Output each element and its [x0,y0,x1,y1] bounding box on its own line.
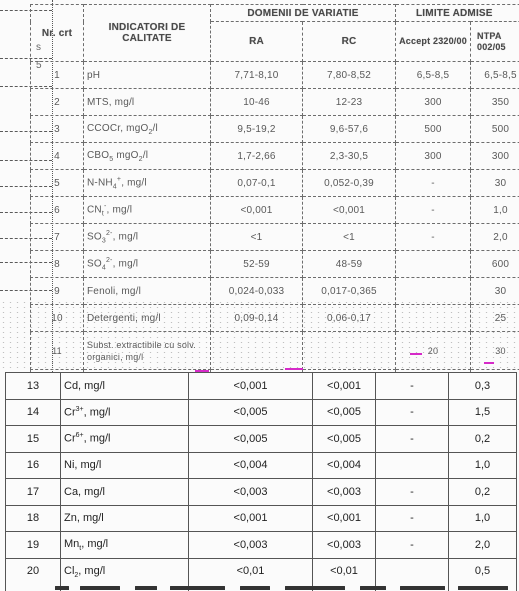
cell-ra: <0,001 [211,197,303,224]
cell-nr: 14 [6,399,61,426]
cell-accept: - [376,399,449,426]
table-row: 18Zn, mg/l<0,001<0,001-1,0 [6,505,517,532]
cell-indicator: Ni, mg/l [61,452,189,479]
cell-nr: 15 [6,426,61,453]
cell-accept [396,305,471,332]
cell-ntpa: 30 [471,332,519,370]
cell-indicator: N-NH4+, mg/l [84,170,211,197]
cell-rc: 48-59 [303,251,396,278]
cell-ntpa: 500 [471,116,519,143]
cell-nr: 11 [31,332,84,370]
cell-ntpa: 30 [471,170,519,197]
cell-nr: 13 [6,373,61,400]
table-row: 11Subst. extractibile cu solv. organici,… [31,332,519,370]
cell-ntpa: 2,0 [471,224,519,251]
cell-accept: 6,5-8,5 [396,62,471,89]
cell-indicator: Ca, mg/l [61,479,189,506]
cell-ra: <0,001 [189,373,313,400]
cell-accept: 500 [396,116,471,143]
header-domains: DOMENII DE VARIATIE [211,5,396,22]
table-row: 10Detergenti, mg/l0,09-0,140,06-0,1725 [31,305,519,332]
cell-accept: - [396,224,471,251]
cell-rc: 0,052-0,39 [303,170,396,197]
cell-ra: 0,024-0,033 [211,278,303,305]
header-rc: RC [303,22,396,62]
quality-indicators-table-upper: Nr. crt INDICATORI DE CALITATE DOMENII D… [30,4,519,372]
cell-indicator: Detergenti, mg/l [84,305,211,332]
cell-ra [211,332,303,370]
table-row: 14Cr3+, mg/l<0,005<0,005-1,5 [6,399,517,426]
cell-rc: <0,001 [313,373,376,400]
cell-ntpa: 25 [471,305,519,332]
scan-artifact [484,362,494,364]
cell-ra: <0,005 [189,426,313,453]
cell-ntpa: 1,0 [449,505,517,532]
cell-ntpa: 600 [471,251,519,278]
cell-ntpa: 350 [471,89,519,116]
cell-accept [396,251,471,278]
cut-off-text-line [0,586,519,591]
cell-indicator: Subst. extractibile cu solv. organici, m… [84,332,211,370]
cell-rc: <0,003 [313,479,376,506]
table-row: 13Cd, mg/l<0,001<0,001-0,3 [6,373,517,400]
table-row: 19Mnt, mg/l<0,003<0,003-2,0 [6,532,517,559]
cell-accept: - [376,426,449,453]
scan-artifact [410,353,422,355]
table-row: 5N-NH4+, mg/l0,07-0,10,052-0,39-30 [31,170,519,197]
cell-nr: 17 [6,479,61,506]
cell-indicator: SO32-, mg/l [84,224,211,251]
cell-indicator: Cr6+, mg/l [61,426,189,453]
cell-indicator: CBO5 mgO2/l [84,143,211,170]
table-row: 3CCOCr, mgO2/l9,5-19,29,6-57,6500500 [31,116,519,143]
table-row: 16Ni, mg/l<0,004<0,0041,0 [6,452,517,479]
cell-rc: <0,001 [303,197,396,224]
quality-indicators-table-lower: 13Cd, mg/l<0,001<0,001-0,314Cr3+, mg/l<0… [5,372,517,591]
cell-indicator: SO42-, mg/l [84,251,211,278]
cell-rc: 7,80-8,52 [303,62,396,89]
cell-rc: <1 [303,224,396,251]
cell-indicator: Cr3+, mg/l [61,399,189,426]
cell-nr: 6 [31,197,84,224]
cell-nr: 7 [31,224,84,251]
cell-ntpa: 300 [471,143,519,170]
cell-ntpa: 2,0 [449,532,517,559]
cell-indicator: Cd, mg/l [61,373,189,400]
cell-ntpa: 0,2 [449,426,517,453]
cell-ntpa: 1,0 [449,452,517,479]
cell-indicator: Fenoli, mg/l [84,278,211,305]
header-ra: RA [211,22,303,62]
cell-ra: 1,7-2,66 [211,143,303,170]
cell-ntpa: 1,0 [471,197,519,224]
cell-ntpa: 30 [471,278,519,305]
cell-nr: 1 [31,62,84,89]
cell-ra: <0,005 [189,399,313,426]
cell-ra: 0,09-0,14 [211,305,303,332]
cell-nr: 4 [31,143,84,170]
cell-ra: 0,07-0,1 [211,170,303,197]
cell-indicator: MTS, mg/l [84,89,211,116]
cell-rc: <0,003 [313,532,376,559]
table-row: 8SO42-, mg/l52-5948-59600 [31,251,519,278]
cell-rc: <0,004 [313,452,376,479]
cell-nr: 8 [31,251,84,278]
table-row: 15Cr6+, mg/l<0,005<0,005-0,2 [6,426,517,453]
cell-nr: 18 [6,505,61,532]
cell-indicator: CNt-, mg/l [84,197,211,224]
cell-rc: 0,017-0,365 [303,278,396,305]
cell-ra: <0,003 [189,532,313,559]
cell-nr: 2 [31,89,84,116]
cell-rc: <0,005 [313,426,376,453]
header-accept: Accept 2320/00 [396,22,471,62]
cell-ntpa: 6,5-8,5 [471,62,519,89]
cell-indicator: CCOCr, mgO2/l [84,116,211,143]
scanned-region: s 5 Nr. crt INDICATORI DE CALITATE DOMEN… [0,0,519,372]
cell-ntpa: 0,3 [449,373,517,400]
cell-rc: <0,001 [313,505,376,532]
cell-nr: 16 [6,452,61,479]
cell-ra: 9,5-19,2 [211,116,303,143]
cell-accept [396,278,471,305]
cell-accept: - [396,170,471,197]
cell-nr: 19 [6,532,61,559]
cell-accept [376,452,449,479]
cell-rc: <0,005 [313,399,376,426]
cell-indicator: Zn, mg/l [61,505,189,532]
cell-indicator: Mnt, mg/l [61,532,189,559]
cell-accept: - [376,532,449,559]
cell-accept: 300 [396,89,471,116]
header-ntpa: NTPA 002/05 [471,22,519,62]
cell-rc: 9,6-57,6 [303,116,396,143]
cell-accept: 300 [396,143,471,170]
header-indicator: INDICATORI DE CALITATE [84,5,211,62]
cell-nr: 10 [31,305,84,332]
table-row: 7SO32-, mg/l<1<1-2,0 [31,224,519,251]
cell-nr: 9 [31,278,84,305]
cell-nr: 5 [31,170,84,197]
table-row: 6CNt-, mg/l<0,001<0,001-1,0 [31,197,519,224]
cell-ntpa: 1,5 [449,399,517,426]
table-row: 17Ca, mg/l<0,003<0,003-0,2 [6,479,517,506]
header-nr: Nr. crt [31,5,84,62]
cell-ra: <0,004 [189,452,313,479]
cell-ra: 10-46 [211,89,303,116]
cell-rc: 2,3-30,5 [303,143,396,170]
cell-ra: 52-59 [211,251,303,278]
scan-artifact [285,368,303,370]
cell-ra: <1 [211,224,303,251]
table-row: 4CBO5 mgO2/l1,7-2,662,3-30,5300300 [31,143,519,170]
cell-ra: 7,71-8,10 [211,62,303,89]
cell-accept: - [396,197,471,224]
table-row: 2MTS, mg/l10-4612-23300350 [31,89,519,116]
cell-rc: 0,06-0,17 [303,305,396,332]
cell-accept: - [376,479,449,506]
cell-ra: <0,001 [189,505,313,532]
cell-indicator: pH [84,62,211,89]
cell-accept: 20 [396,332,471,370]
cell-nr: 3 [31,116,84,143]
table-row: 1pH7,71-8,107,80-8,526,5-8,56,5-8,5 [31,62,519,89]
cell-rc: 12-23 [303,89,396,116]
cell-rc [303,332,396,370]
header-limits: LIMITE ADMISE [396,5,519,22]
cell-accept: - [376,505,449,532]
cell-ra: <0,003 [189,479,313,506]
cell-accept: - [376,373,449,400]
cell-ntpa: 0,2 [449,479,517,506]
table-row: 9Fenoli, mg/l0,024-0,0330,017-0,36530 [31,278,519,305]
